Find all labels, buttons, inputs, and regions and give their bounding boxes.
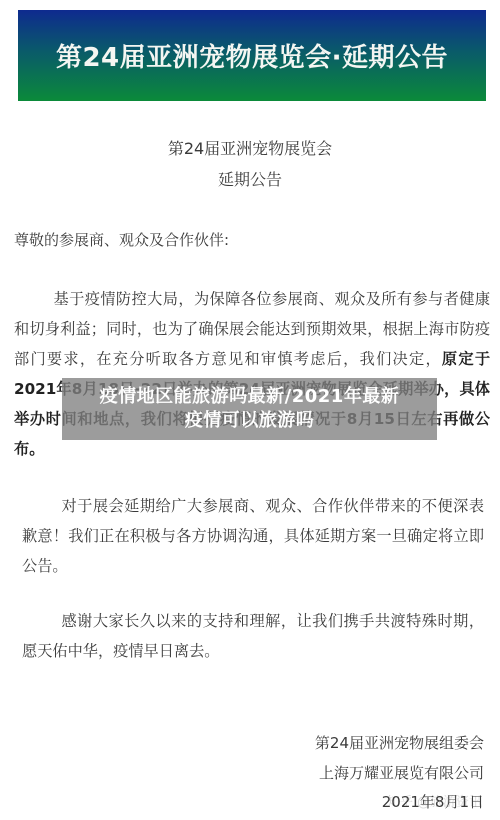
signature-organizer: 第24届亚洲宠物展组委会 [315, 732, 484, 753]
paragraph-1-normal: 基于疫情防控大局，为保障各位参展商、观众及所有参与者健康和切身利益；同时，也为了… [14, 290, 490, 368]
paragraph-3: 感谢大家长久以来的支持和理解，让我们携手共渡特殊时期，愿天佑中华，疫情早日离去。 [22, 606, 484, 666]
document-heading-line1: 第24届亚洲宠物展览会 [0, 136, 500, 159]
overlay-title-line1: 疫情地区能旅游吗最新/2021年最新 [100, 385, 400, 409]
overlay-title-line2: 疫情可以旅游吗 [185, 409, 315, 433]
signature-company: 上海万耀亚展览有限公司 [319, 762, 484, 783]
signature-date: 2021年8月1日 [382, 791, 484, 812]
paragraph-2: 对于展会延期给广大参展商、观众、合作伙伴带来的不便深表歉意！我们正在积极与各方协… [22, 491, 484, 581]
document-heading-line2: 延期公告 [0, 167, 500, 190]
title-overlay: 疫情地区能旅游吗最新/2021年最新 疫情可以旅游吗 [62, 378, 437, 440]
banner-title: 第24届亚洲宠物展览会·延期公告 [56, 37, 448, 74]
salutation: 尊敬的参展商、观众及合作伙伴: [14, 229, 229, 250]
announcement-banner: 第24届亚洲宠物展览会·延期公告 [18, 10, 486, 101]
